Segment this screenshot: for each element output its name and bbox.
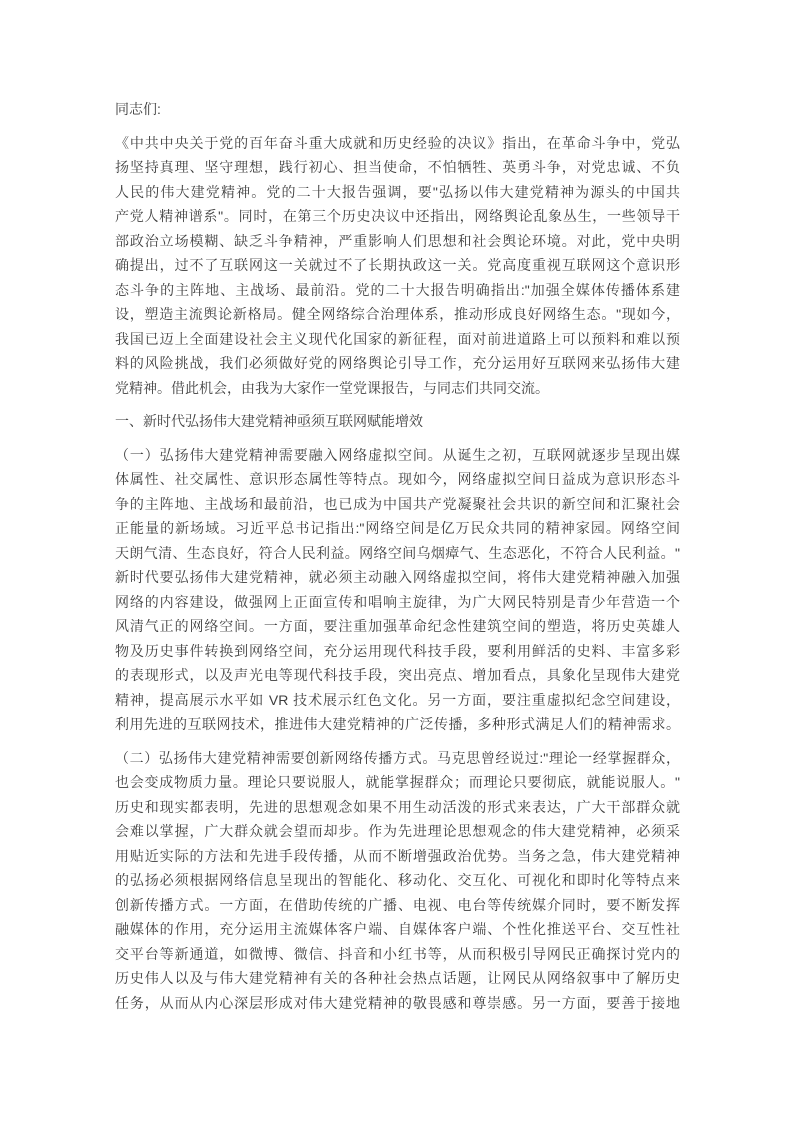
text-line: 历史伟人以及与伟大建党精神有关的各种社会热点话题，让网民从网络叙事中了解历史 <box>115 966 680 991</box>
paragraph-intro: 《中共中央关于党的百年奋斗重大成就和历史经验的决议》指出，在革命斗争中，党弘 扬… <box>115 131 680 401</box>
text-line: 体属性、社交属性、意识形态属性等特点。现如今，网络虚拟空间日益成为意识形态斗 <box>115 467 680 492</box>
greeting: 同志们: <box>115 97 680 122</box>
text-line: 精神，提高展示水平如 VR 技术展示红色文化。另一方面，要注重虚拟纪念空间建设， <box>115 688 680 713</box>
text-line: 创新传播方式。一方面，在借助传统的广播、电视、电台等传统媒介同时，要不断发挥 <box>115 893 680 918</box>
text-line: 料的风险挑战，我们必须做好党的网络舆论引导工作，充分运用好互联网来弘扬伟大建 <box>115 351 680 376</box>
text-line: （一）弘扬伟大建党精神需要融入网络虚拟空间。从诞生之初，互联网就逐步呈现出媒 <box>115 443 680 468</box>
text-line: 设，塑造主流舆论新格局。健全网络综合治理体系，推动形成良好网络生态。"现如今， <box>115 302 680 327</box>
text-line: 正能量的新场域。习近平总书记指出:"网络空间是亿万民众共同的精神家园。网络空间 <box>115 516 680 541</box>
text-line: 我国已迈上全面建设社会主义现代化国家的新征程，面对前进道路上可以预料和难以预 <box>115 327 680 352</box>
paragraph-section-1: （一）弘扬伟大建党精神需要融入网络虚拟空间。从诞生之初，互联网就逐步呈现出媒 体… <box>115 443 680 737</box>
text-line: 的弘扬必须根据网络信息呈现出的智能化、移动化、交互化、可视化和即时化等特点来 <box>115 868 680 893</box>
text-line: 物及历史事件转换到网络空间，充分运用现代科技手段，要利用鲜活的史料、丰富多彩 <box>115 639 680 664</box>
text-line: （二）弘扬伟大建党精神需要创新网络传播方式。马克思曾经说过:"理论一经掌握群众， <box>115 746 680 771</box>
text-line: 用贴近实际的方法和先进手段传播，从而不断增强政治优势。当务之急，伟大建党精神 <box>115 844 680 869</box>
text-line: 的表现形式，以及声光电等现代科技手段，突出亮点、增加看点，具象化呈现伟大建党 <box>115 663 680 688</box>
paragraph-section-2: （二）弘扬伟大建党精神需要创新网络传播方式。马克思曾经说过:"理论一经掌握群众，… <box>115 746 680 1016</box>
text-line: 会难以掌握，广大群众就会望而却步。作为先进理论思想观念的伟大建党精神，必须采 <box>115 819 680 844</box>
text-line: 利用先进的互联网技术，推进伟大建党精神的广泛传播，多种形式满足人们的精神需求。 <box>115 712 680 737</box>
document-page: 同志们: 《中共中央关于党的百年奋斗重大成就和历史经验的决议》指出，在革命斗争中… <box>0 0 793 1122</box>
text-line: 新时代要弘扬伟大建党精神，就必须主动融入网络虚拟空间，将伟大建党精神融入加强 <box>115 565 680 590</box>
text-line: 网络的内容建设，做强网上正面宣传和唱响主旋律，为广大网民特别是青少年营造一个 <box>115 590 680 615</box>
text-line: 《中共中央关于党的百年奋斗重大成就和历史经验的决议》指出，在革命斗争中，党弘 <box>115 131 680 156</box>
text-line: 人民的伟大建党精神。党的二十大报告强调，要"弘扬以伟大建党精神为源头的中国共 <box>115 180 680 205</box>
text-line: 扬坚持真理、坚守理想，践行初心、担当使命，不怕牺牲、英勇斗争，对党忠诚、不负 <box>115 155 680 180</box>
text-line: 确提出，过不了互联网这一关就过不了长期执政这一关。党高度重视互联网这个意识形 <box>115 253 680 278</box>
text-line: 产党人精神谱系"。同时，在第三个历史决议中还指出，网络舆论乱象丛生，一些领导干 <box>115 204 680 229</box>
text-line: 部政治立场模糊、缺乏斗争精神，严重影响人们思想和社会舆论环境。对此，党中央明 <box>115 229 680 254</box>
text-line: 历史和现实都表明，先进的思想观念如果不用生动活泼的形式来表达，广大干部群众就 <box>115 795 680 820</box>
text-line: 任务，从而从内心深层形成对伟大建党精神的敬畏感和尊崇感。另一方面，要善于接地 <box>115 991 680 1016</box>
section-heading: 一、新时代弘扬伟大建党精神亟须互联网赋能增效 <box>115 409 680 434</box>
text-line: 风清气正的网络空间。一方面，要注重加强革命纪念性建筑空间的塑造，将历史英雄人 <box>115 614 680 639</box>
text-line: 争的主阵地、主战场和最前沿，也已成为中国共产党凝聚社会共识的新空间和汇聚社会 <box>115 492 680 517</box>
text-line: 融媒体的作用，充分运用主流媒体客户端、自媒体客户端、个性化推送平台、交互性社 <box>115 917 680 942</box>
text-line: 交平台等新通道，如微博、微信、抖音和小红书等，从而积极引导网民正确探讨党内的 <box>115 942 680 967</box>
text-line: 党精神。借此机会，由我为大家作一堂党课报告，与同志们共同交流。 <box>115 376 680 401</box>
text-line: 也会变成物质力量。理论只要说服人，就能掌握群众；而理论只要彻底，就能说服人。" <box>115 770 680 795</box>
text-line: 态斗争的主阵地、主战场、最前沿。党的二十大报告明确指出:"加强全媒体传播体系建 <box>115 278 680 303</box>
text-line: 天朗气清、生态良好，符合人民利益。网络空间乌烟瘴气、生态恶化，不符合人民利益。" <box>115 541 680 566</box>
